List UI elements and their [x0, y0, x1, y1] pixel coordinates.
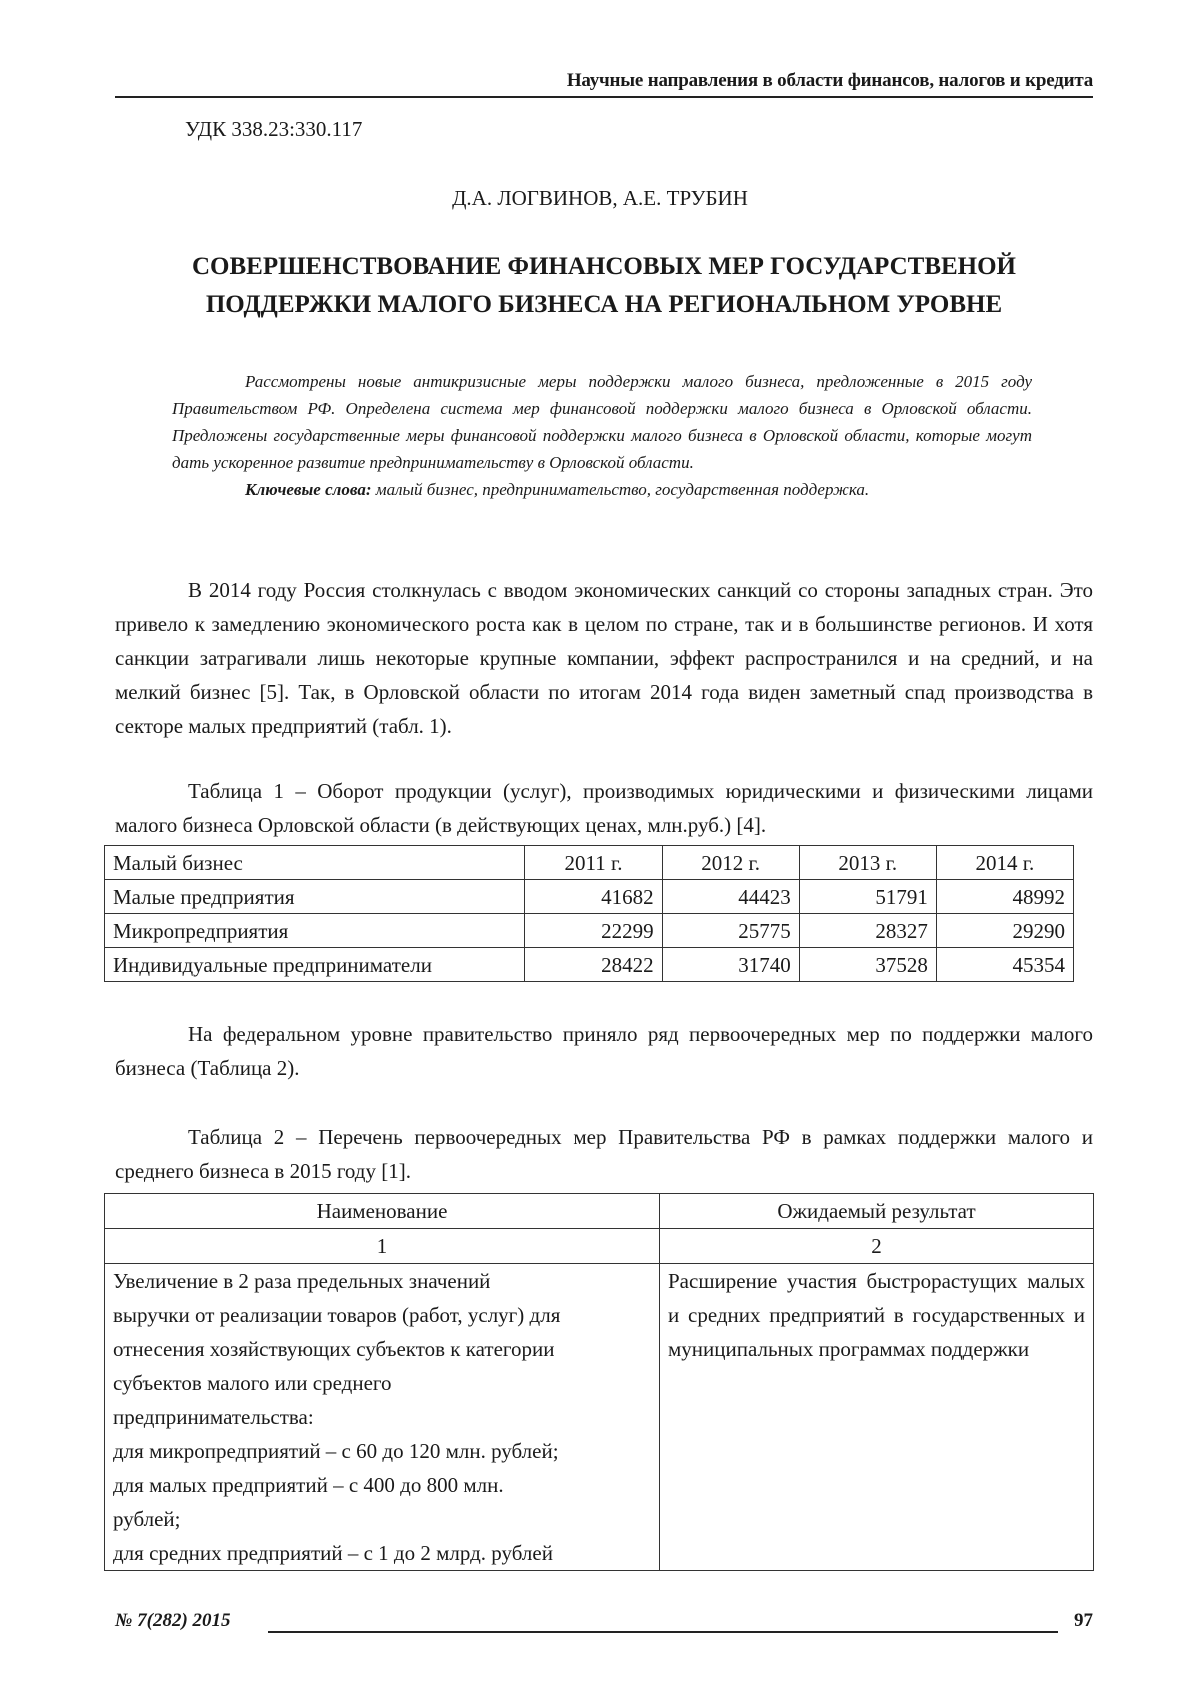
table2-header-result: Ожидаемый результат — [660, 1194, 1094, 1229]
table1-small-business-turnover: Малый бизнес2011 г.2012 г.2013 г.2014 г.… — [104, 845, 1074, 982]
table1-value-cell: 29290 — [936, 914, 1073, 948]
issue-number: № 7(282) 2015 — [115, 1610, 231, 1632]
abstract-text: Рассмотрены новые антикризисные меры под… — [172, 368, 1032, 476]
table1-value-cell: 31740 — [662, 948, 799, 982]
keywords: Ключевые слова: малый бизнес, предприним… — [172, 476, 1032, 503]
table1-header-year: 2012 г. — [662, 846, 799, 880]
table1-header-year: 2014 г. — [936, 846, 1073, 880]
table2-header-name: Наименование — [105, 1194, 660, 1229]
table2-index-2: 2 — [660, 1229, 1094, 1264]
title-line-1: СОВЕРШЕНСТВОВАНИЕ ФИНАНСОВЫХ МЕР ГОСУДАР… — [115, 248, 1093, 286]
table1-header-row: Малый бизнес2011 г.2012 г.2013 г.2014 г. — [105, 846, 1074, 880]
table2-measure-line: для микропредприятий – с 60 до 120 млн. … — [113, 1434, 651, 1468]
page-number: 97 — [1074, 1610, 1093, 1632]
table2-measure-line: для малых предприятий – с 400 до 800 млн… — [113, 1468, 651, 1502]
title-line-2: ПОДДЕРЖКИ МАЛОГО БИЗНЕСА НА РЕГИОНАЛЬНОМ… — [115, 286, 1093, 324]
table2-index-row: 1 2 — [105, 1229, 1094, 1264]
table2-measure-cell: Увеличение в 2 раза предельных значенийв… — [105, 1264, 660, 1571]
table2-measure-line: выручки от реализации товаров (работ, ус… — [113, 1298, 651, 1332]
table1-value-cell: 48992 — [936, 880, 1073, 914]
table2-index-1: 1 — [105, 1229, 660, 1264]
table2-header-row: Наименование Ожидаемый результат — [105, 1194, 1094, 1229]
abstract: Рассмотрены новые антикризисные меры под… — [172, 368, 1032, 503]
table2-measure-line: рублей; — [113, 1502, 651, 1536]
table1-header-year: 2011 г. — [525, 846, 662, 880]
table1-value-cell: 45354 — [936, 948, 1073, 982]
table1-value-cell: 22299 — [525, 914, 662, 948]
table-row: Увеличение в 2 раза предельных значенийв… — [105, 1264, 1094, 1571]
table1-row-label: Микропредприятия — [105, 914, 525, 948]
article-title: СОВЕРШЕНСТВОВАНИЕ ФИНАНСОВЫХ МЕР ГОСУДАР… — [115, 248, 1093, 324]
table2-measure-line: отнесения хозяйствующих субъектов к кате… — [113, 1332, 651, 1366]
table2-government-measures: Наименование Ожидаемый результат 1 2 Уве… — [104, 1193, 1094, 1571]
table1-header-year: 2013 г. — [799, 846, 936, 880]
table2-caption: Таблица 2 – Перечень первоочередных мер … — [115, 1120, 1093, 1188]
table2-result-cell: Расширение участия быстрорастущих малых … — [660, 1264, 1094, 1571]
table-row: Малые предприятия41682444235179148992 — [105, 880, 1074, 914]
table1-value-cell: 28327 — [799, 914, 936, 948]
table2-measure-line: предпринимательства: — [113, 1400, 651, 1434]
authors: Д.А. ЛОГВИНОВ, А.Е. ТРУБИН — [0, 186, 1200, 211]
keywords-label: Ключевые слова: — [245, 480, 372, 499]
table1-value-cell: 41682 — [525, 880, 662, 914]
running-head: Научные направления в области финансов, … — [115, 70, 1093, 95]
table1-caption: Таблица 1 – Оборот продукции (услуг), пр… — [115, 774, 1093, 842]
table1-header-category: Малый бизнес — [105, 846, 525, 880]
table1-row-label: Малые предприятия — [105, 880, 525, 914]
paragraph-intro: В 2014 году Россия столкнулась с вводом … — [115, 573, 1093, 743]
table2-measure-line: субъектов малого или среднего — [113, 1366, 651, 1400]
table1-value-cell: 28422 — [525, 948, 662, 982]
table1-value-cell: 25775 — [662, 914, 799, 948]
table-row: Микропредприятия22299257752832729290 — [105, 914, 1074, 948]
page-footer: № 7(282) 2015 97 — [115, 1610, 1093, 1640]
journal-page: Научные направления в области финансов, … — [0, 0, 1200, 1698]
header-rule — [115, 96, 1093, 98]
keywords-list: малый бизнес, предпринимательство, госуд… — [372, 480, 870, 499]
table2-measure-line: Увеличение в 2 раза предельных значений — [113, 1264, 651, 1298]
table1-row-label: Индивидуальные предприниматели — [105, 948, 525, 982]
table1-value-cell: 44423 — [662, 880, 799, 914]
table-row: Индивидуальные предприниматели2842231740… — [105, 948, 1074, 982]
table1-value-cell: 37528 — [799, 948, 936, 982]
udk-code: УДК 338.23:330.117 — [185, 117, 362, 142]
table1-value-cell: 51791 — [799, 880, 936, 914]
paragraph-federal: На федеральном уровне правительство прин… — [115, 1017, 1093, 1085]
footer-rule — [268, 1631, 1058, 1633]
table2-measure-line: для средних предприятий – с 1 до 2 млрд.… — [113, 1536, 651, 1570]
